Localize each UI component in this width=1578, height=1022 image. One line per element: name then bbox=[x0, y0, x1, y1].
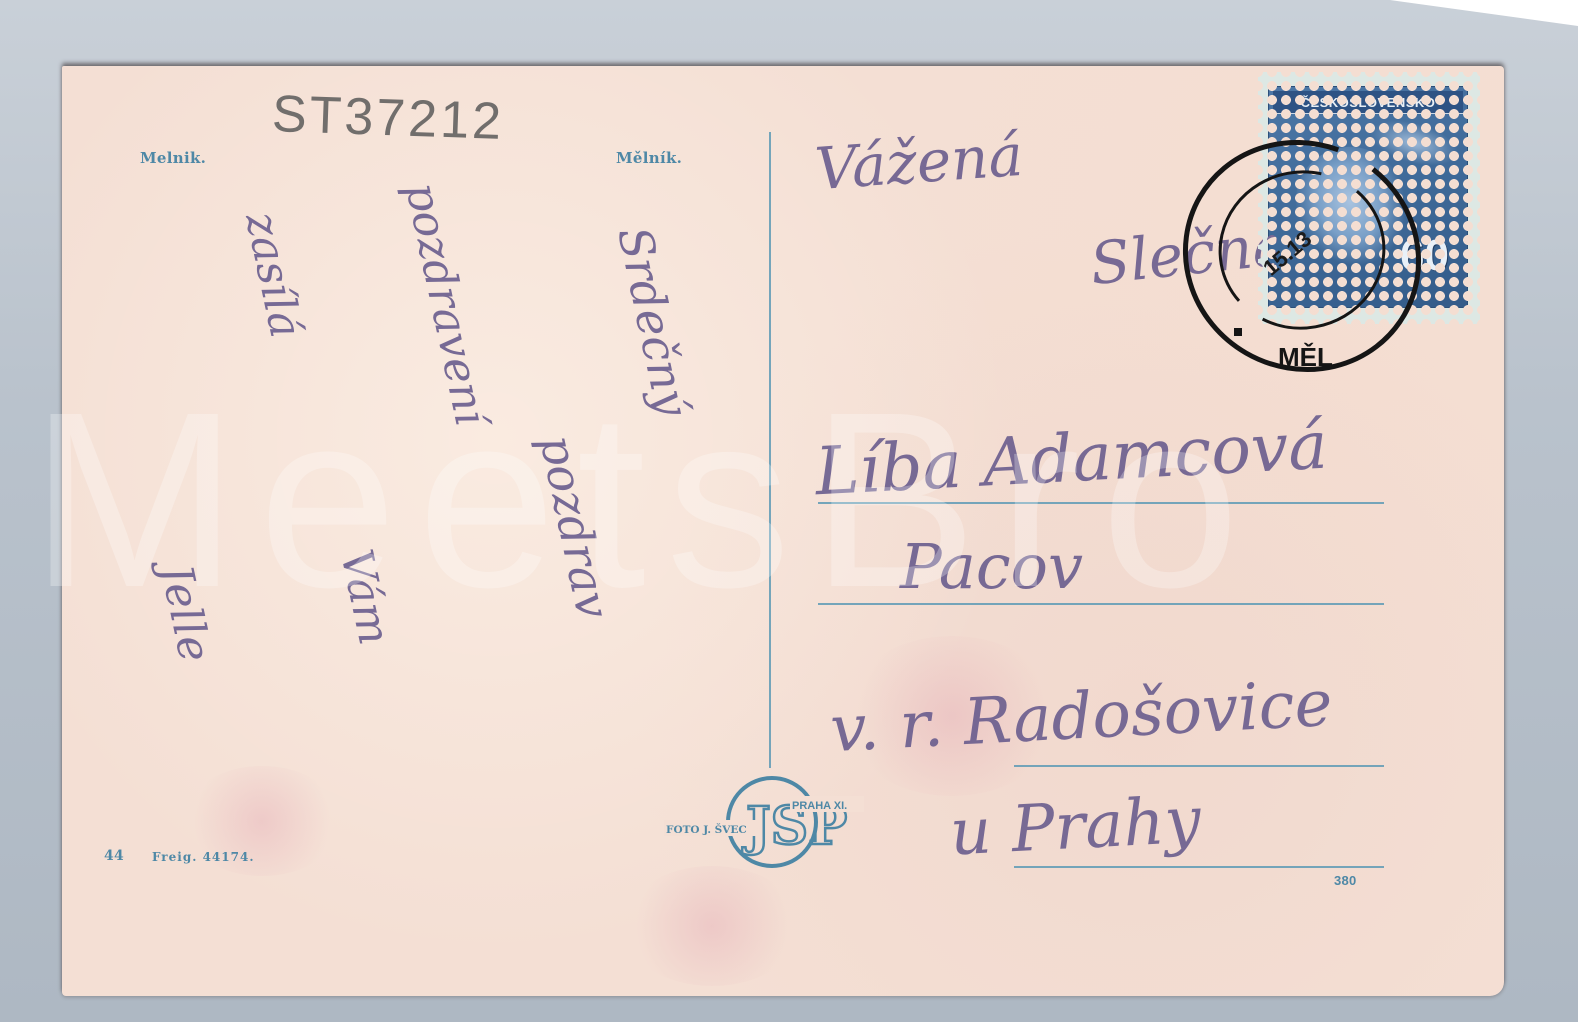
inventory-code: ST37212 bbox=[271, 84, 505, 152]
catalog-number: 380 bbox=[1334, 873, 1357, 888]
svg-text:FOTO J. ŠVEC: FOTO J. ŠVEC bbox=[666, 822, 747, 836]
caption-right: Mělník. bbox=[616, 149, 682, 167]
publisher-monogram-icon: JSP FOTO J. ŠVEC PRAHA XI. bbox=[664, 770, 864, 870]
address-region: u Prahy bbox=[948, 783, 1202, 870]
series-number: 44 bbox=[104, 848, 124, 864]
svg-text:MĚL: MĚL bbox=[1278, 342, 1333, 372]
svg-text:PRAHA XI.: PRAHA XI. bbox=[792, 800, 847, 812]
pink-stain bbox=[622, 866, 802, 986]
svg-text:15.13: 15.13 bbox=[1258, 226, 1316, 281]
publisher-logo: JSP FOTO J. ŠVEC PRAHA XI. bbox=[664, 770, 864, 870]
postmark-circle-icon: MĚL 15.13 bbox=[1174, 138, 1424, 378]
stamp-country: ČESKOSLOVENSKO bbox=[1273, 91, 1463, 114]
caption-left: Melnik. bbox=[140, 149, 206, 167]
address-town: Pacov bbox=[900, 530, 1083, 603]
address-line-4 bbox=[1014, 866, 1384, 868]
center-divider bbox=[769, 132, 771, 768]
freig-number: Freig. 44174. bbox=[152, 850, 255, 864]
address-line-3 bbox=[1014, 765, 1384, 767]
address-salutation: Vážená bbox=[813, 121, 1025, 203]
address-line-2 bbox=[818, 603, 1384, 605]
postmark: MĚL 15.13 bbox=[1174, 138, 1424, 378]
